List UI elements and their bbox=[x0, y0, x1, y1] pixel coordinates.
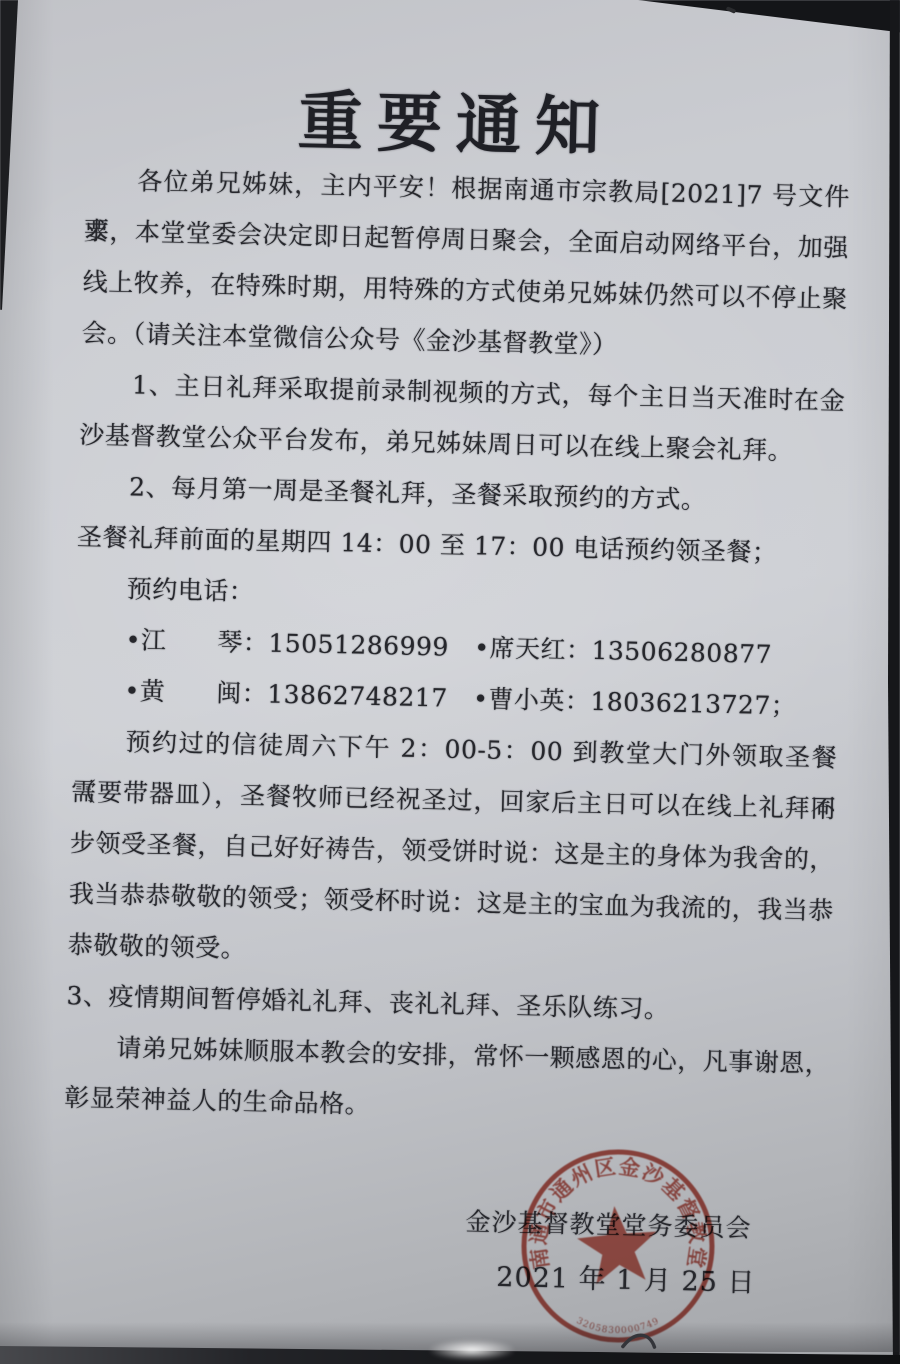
notice-content: 重要通知 各位弟兄姊妹，主内平安！根据南通市宗教局[2021]7 号文件要求，本… bbox=[60, 49, 853, 1302]
seal-star-icon bbox=[575, 1203, 661, 1286]
notice-body: 各位弟兄姊妹，主内平安！根据南通市宗教局[2021]7 号文件要求，本堂堂委会决… bbox=[64, 154, 851, 1140]
photo-of-notice: 重要通知 各位弟兄姊妹，主内平安！根据南通市宗教局[2021]7 号文件要求，本… bbox=[0, 0, 900, 1364]
light-glare bbox=[430, 1340, 514, 1360]
